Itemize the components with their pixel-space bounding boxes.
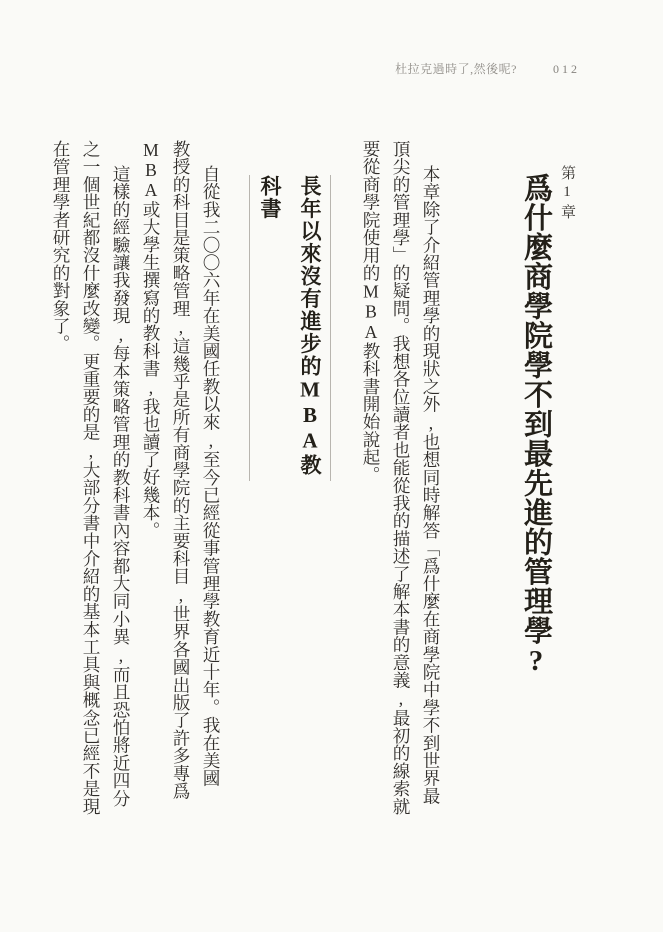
section-heading: 長年以來沒有進步的MBA教科書 <box>249 175 331 481</box>
paragraph-textbooks-unchanged: 這樣的經驗讓我發現,每本策略管理的教科書內容都大同小異,而且恐怕將近四分 之一個… <box>46 140 136 840</box>
page-number: 012 <box>553 62 580 77</box>
running-title: 杜拉克過時了,然後呢? <box>395 60 517 77</box>
chapter-number: 第1章 <box>556 140 578 840</box>
paragraph-teaching-experience: 自從我二〇〇六年在美國任教以來,至今已經從事管理學教育近十年。我在美國 教授的科… <box>136 140 226 840</box>
running-header: 杜拉克過時了,然後呢? 012 <box>395 60 580 77</box>
chapter-title: 爲什麼商學院學不到最先進的管理學? <box>518 140 554 840</box>
paragraph-intro: 本章除了介紹管理學的現狀之外,也想同時解答「爲什麼在商學院中學不到世界最 頂尖的… <box>356 140 446 840</box>
book-page: 杜拉克過時了,然後呢? 012 第1章 爲什麼商學院學不到最先進的管理學? 本章… <box>0 0 663 932</box>
main-text-block: 第1章 爲什麼商學院學不到最先進的管理學? 本章除了介紹管理學的現狀之外,也想同… <box>46 140 578 840</box>
